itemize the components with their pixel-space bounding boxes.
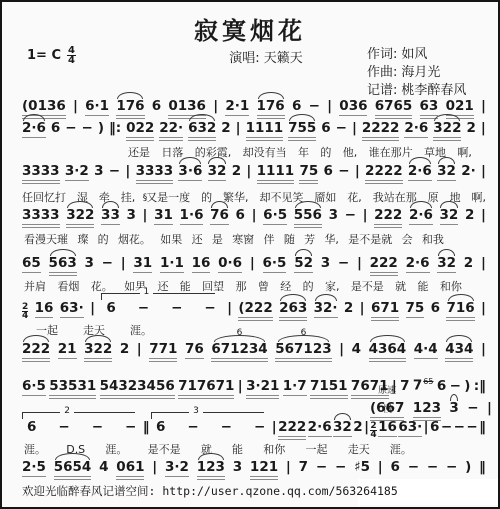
- note-token: 32: [437, 256, 456, 273]
- time-signature-digit: 4: [370, 431, 376, 439]
- note-token: 6·5: [22, 379, 46, 396]
- note-token: 6: [431, 301, 440, 316]
- lyric-word: 和你: [263, 441, 285, 457]
- note-token: 322: [66, 208, 94, 228]
- lyric-word: 却没有当: [243, 144, 287, 160]
- note-token: 176: [257, 99, 285, 119]
- note-token: 563: [49, 256, 77, 276]
- barline: |§: [143, 208, 148, 223]
- note-token: −: [454, 420, 465, 435]
- note-token: 6: [152, 99, 161, 114]
- note-token: 263: [279, 301, 307, 321]
- lyric-word: 能: [180, 278, 191, 294]
- lyric-word: 曾: [258, 278, 269, 294]
- note-token: 6: [106, 301, 115, 316]
- notation-row: 33333·23−|33333·6322|1111756−|22222·6322…: [22, 164, 486, 184]
- barline: |: [481, 121, 486, 136]
- note-token: 6: [292, 99, 301, 114]
- barline: ‖:: [109, 121, 121, 136]
- note-token: 716: [446, 301, 474, 321]
- lyric-word: 能: [418, 278, 429, 294]
- note-token: 76: [185, 342, 204, 359]
- lyric-word: 花,: [347, 189, 362, 205]
- note-token: 717671: [178, 379, 234, 399]
- lyric-word: 家,: [325, 278, 340, 294]
- note-token: −: [338, 256, 349, 271]
- note-token: 65: [22, 256, 41, 273]
- note-token: −: [466, 420, 477, 435]
- barline: |: [481, 99, 486, 114]
- volta-number: 1: [140, 288, 154, 297]
- note-token: −: [58, 420, 69, 435]
- note-token: 1111: [246, 121, 284, 141]
- note-token: −: [467, 401, 478, 416]
- note-token: 32: [208, 164, 227, 181]
- note-token: 1111: [257, 164, 295, 184]
- notation-row: 6·55353154323456717671|3·211·771517671|7…: [22, 374, 486, 399]
- barline: |: [327, 99, 332, 114]
- singer-name: 天籁天: [264, 51, 303, 66]
- lyric-word: 和你: [440, 278, 462, 294]
- note-token: −: [138, 301, 149, 316]
- note-token: 2222: [362, 121, 400, 141]
- lyric-word: 又是一度: [146, 189, 190, 205]
- lyrics-row: 并肩看烟花。如果还能回望那曾经的家,是不是就能和你: [24, 278, 462, 294]
- note-token: −: [338, 164, 349, 179]
- note-token: 6·5: [263, 256, 287, 273]
- lyric-word: 那: [236, 278, 247, 294]
- note-token: ): [464, 379, 470, 394]
- tuplet-number: 6: [237, 329, 243, 338]
- time-signature-digit: 4: [22, 312, 28, 320]
- barline: |: [286, 460, 291, 475]
- note-token: 061: [116, 460, 144, 480]
- note-token: 32: [440, 208, 459, 225]
- note-token: 556: [294, 208, 322, 228]
- note-token: −: [204, 301, 215, 316]
- note-token: 755: [288, 121, 316, 141]
- note-token: 176: [116, 99, 144, 119]
- lyrics-row: 看漫天璀璨的烟花。如果还是寒窗伴随芳华,是不是就会和我: [24, 231, 444, 247]
- note-token: ♯5: [354, 460, 370, 475]
- note-token: 7: [299, 460, 308, 475]
- barline: |: [73, 99, 78, 114]
- note-token: 3·2: [65, 164, 89, 181]
- barline: |: [481, 301, 486, 316]
- note-token: ): [465, 460, 471, 475]
- note-token: 2·: [461, 164, 476, 179]
- barline: ‖: [479, 420, 486, 435]
- note-token: 2·6: [408, 164, 432, 181]
- volta-group: 6−−−2: [22, 420, 141, 435]
- barline: |: [481, 256, 486, 271]
- note-token: 2: [221, 121, 230, 136]
- note-token: 6: [437, 379, 446, 394]
- lyric-word: 一起: [305, 441, 327, 457]
- note-token: 671: [371, 301, 399, 321]
- note-token: 32·: [314, 301, 338, 318]
- note-token: 21: [58, 342, 77, 359]
- note-token: 123: [197, 460, 225, 480]
- barline: |: [125, 164, 130, 179]
- credits-block: 作词:如风 作曲:海月光 记谱:桃李醉春风: [367, 46, 470, 100]
- barline: |: [481, 342, 486, 357]
- lyric-word: 看漫天璀: [24, 231, 68, 247]
- note-token: 2: [353, 420, 362, 435]
- volta-number: 2: [60, 407, 74, 416]
- note-token: 1·6: [180, 208, 204, 225]
- note-token: 0·6: [218, 256, 242, 273]
- lyric-word: 还: [192, 231, 203, 247]
- note-token: 2: [466, 121, 475, 136]
- note-token: 3: [449, 401, 458, 416]
- note-token: 6: [236, 208, 245, 223]
- note-token: 16: [192, 256, 211, 273]
- lyric-word: 的: [201, 189, 212, 205]
- note-token: 6765: [375, 99, 413, 119]
- note-token: 2·1: [225, 99, 249, 116]
- note-token: 6·5: [263, 208, 287, 225]
- note-token: −: [316, 460, 327, 475]
- lyric-word: 和我: [422, 231, 444, 247]
- note-token: 52: [294, 256, 313, 273]
- note-token: −: [335, 460, 346, 475]
- note-token: 6: [156, 420, 165, 435]
- note-token: 3: [84, 256, 93, 271]
- lyric-word: 还: [157, 278, 168, 294]
- barline: |: [121, 256, 126, 271]
- note-token: 2: [464, 256, 473, 271]
- note-token: 6712346: [211, 342, 267, 362]
- note-token: 434: [445, 342, 473, 362]
- note-token: 2: [120, 342, 129, 357]
- time-signature-change: 24: [370, 422, 376, 439]
- note-token: 2222: [365, 164, 403, 184]
- barline: |: [364, 420, 369, 435]
- barline: |: [487, 401, 492, 416]
- lyric-word: 是: [212, 231, 223, 247]
- time-signature-change: 24: [22, 303, 28, 320]
- song-title: 寂寞烟花: [2, 11, 498, 46]
- note-token: −: [65, 121, 76, 136]
- note-token: −: [336, 121, 347, 136]
- note-token: 2·6: [406, 256, 430, 273]
- note-token: −: [92, 420, 103, 435]
- barline: ‖: [143, 420, 150, 435]
- lyric-word: 芳: [304, 231, 315, 247]
- note-token: 222: [22, 342, 50, 362]
- notation-row: (0136|6·117660136|2·11766−|036676563021|: [22, 99, 486, 119]
- barline: |: [227, 301, 232, 316]
- barline: |: [137, 342, 142, 357]
- note-token: −: [221, 420, 232, 435]
- notation-row: 655633−|311·1160·6|6·5523−|2222·6322|: [22, 256, 486, 276]
- note-token: 765: [413, 374, 434, 394]
- note-token: −: [187, 420, 198, 435]
- note-token: 123: [413, 401, 441, 421]
- note-token: 3: [321, 256, 330, 271]
- note-token: 6: [324, 164, 333, 179]
- lyric-word: 寒窗: [232, 231, 254, 247]
- note-token: −: [427, 460, 438, 475]
- note-token: 6·1: [85, 99, 109, 116]
- lyric-word: 回望: [202, 278, 224, 294]
- volta-group: 6−−−3: [151, 420, 270, 435]
- lyric-word: 走天: [348, 441, 370, 457]
- lyric-word: 经: [280, 278, 291, 294]
- note-token: 3: [94, 164, 103, 179]
- note-token: 76: [210, 208, 229, 225]
- lyric-word: 会: [402, 231, 413, 247]
- note-token: −: [450, 379, 461, 394]
- note-token: 036: [339, 99, 367, 116]
- barline: |: [355, 164, 360, 179]
- note-token: 7: [400, 379, 409, 394]
- note-token: 6: [27, 420, 36, 435]
- note-token: −: [408, 460, 419, 475]
- note-token: −: [102, 256, 113, 271]
- note-token: 121: [250, 460, 278, 480]
- note-token: 3333: [22, 164, 60, 184]
- barline: |: [363, 208, 368, 223]
- notation-row: 222213222|7717667123465671236|443644·443…: [22, 342, 486, 362]
- note-token: 2: [465, 208, 474, 223]
- lyric-word: 能: [232, 441, 243, 457]
- lyric-word: 烟花。: [118, 231, 151, 247]
- lyric-word: 挂,: [121, 189, 136, 205]
- note-token: 4: [99, 460, 108, 475]
- lyric-word: 是不是: [351, 278, 384, 294]
- barline: |: [352, 121, 357, 136]
- lyric-word: 璨: [77, 231, 88, 247]
- barline: |: [360, 301, 365, 316]
- notation-row: 6−−−2‖6−−−3|2222·6322|2416慢63·|6−−−‖: [22, 420, 486, 440]
- lyric-word: 华,: [324, 231, 339, 247]
- barline: ‖: [479, 460, 486, 475]
- note-token: 5654: [54, 460, 92, 480]
- lyric-word: 涯。: [130, 322, 152, 338]
- note-token: 3·21: [246, 379, 279, 399]
- note-token: 3333: [22, 208, 60, 228]
- note-token: −: [171, 301, 182, 316]
- note-token: −: [345, 208, 356, 223]
- lyric-word: 的: [320, 144, 331, 160]
- barline: |: [90, 301, 95, 316]
- note-token: 3: [126, 208, 135, 223]
- lyric-word: 啊,: [457, 144, 472, 160]
- tuplet-number: 6: [301, 329, 307, 338]
- lyric-word: 还是: [128, 144, 150, 160]
- lyric-word: 日落: [161, 144, 183, 160]
- note-token: 32: [437, 164, 456, 181]
- note-token: 5671236: [275, 342, 331, 362]
- barline: |: [238, 379, 243, 394]
- note-token: 6: [51, 121, 60, 136]
- lyric-word: 就: [395, 278, 406, 294]
- singer-label: 演唱:: [229, 51, 259, 66]
- lyric-word: 的: [98, 231, 109, 247]
- note-token: 3: [233, 460, 242, 475]
- note-token: 222: [370, 256, 398, 276]
- lyric-word: 花。: [91, 278, 113, 294]
- note-token: 6: [321, 121, 330, 136]
- note-token: 322: [84, 342, 112, 362]
- note-token: 75: [406, 301, 425, 318]
- barline: |: [246, 164, 251, 179]
- barline: |: [481, 164, 486, 179]
- note-token: 31: [154, 208, 173, 225]
- barline: |: [236, 121, 241, 136]
- lyric-word: 繁华,: [223, 189, 249, 205]
- barline: |: [152, 460, 157, 475]
- note-token: 1·7: [283, 379, 307, 396]
- note-token: −: [125, 420, 136, 435]
- barline: |: [252, 208, 257, 223]
- lyric-word: 啊,: [471, 189, 486, 205]
- note-token: 16: [35, 301, 54, 318]
- tempo-mark: 慢: [383, 406, 392, 415]
- volta-group: 6−−−1: [101, 301, 220, 316]
- note-token: 2·6: [22, 121, 46, 138]
- note-token: 2·6: [404, 121, 428, 138]
- lyric-word: 却不见笑: [259, 189, 303, 205]
- barline: |: [378, 460, 383, 475]
- barline: |: [481, 208, 486, 223]
- grace-notes: 65: [423, 377, 433, 386]
- composer-row: 作曲:海月光: [367, 64, 470, 82]
- lyric-word: 如果: [160, 231, 182, 247]
- note-token: 1·1: [160, 256, 184, 273]
- lyric-word: 他,: [343, 144, 358, 160]
- note-token: −: [309, 99, 320, 114]
- note-token: 222: [374, 208, 402, 228]
- note-token: 3: [329, 208, 338, 223]
- footer-line: 欢迎光临醉春风记谱空间: http://user.qzone.qq.com/56…: [22, 483, 398, 499]
- barline: |: [272, 420, 277, 435]
- note-token: 3·6: [178, 164, 202, 181]
- barline: :‖: [474, 379, 486, 394]
- lyric-word: 任回忆打: [22, 189, 66, 205]
- note-token: 63·: [60, 301, 84, 318]
- note-token: 771: [149, 342, 177, 362]
- note-token: 3333: [136, 164, 174, 184]
- notation-row: 241663·|6−−−1|(22226332·2|671756716|: [22, 301, 486, 321]
- lyric-word: 随: [284, 231, 295, 247]
- lyric-word: 年: [298, 144, 309, 160]
- footer-text: 欢迎光临醉春风记谱空间:: [22, 484, 155, 498]
- note-token: −: [82, 121, 93, 136]
- note-token: 75: [299, 164, 318, 184]
- note-token: 6: [391, 460, 400, 475]
- tempo-mark: §: [143, 194, 148, 203]
- note-token: 022: [126, 121, 154, 141]
- note-token: 4: [352, 342, 361, 357]
- note-token: 33: [101, 208, 120, 225]
- barline: |: [357, 256, 362, 271]
- note-token: 53531: [49, 379, 96, 399]
- note-token: 7151: [310, 379, 348, 399]
- note-token: 32: [333, 420, 352, 437]
- note-token: 6: [430, 420, 439, 435]
- note-token: −: [254, 420, 265, 435]
- footer-url: http://user.qzone.qq.com/563264185: [162, 484, 397, 498]
- barline: |: [213, 99, 218, 114]
- notation-row: 2·66−−)‖:02222·6322|11117556−|22222·6322…: [22, 121, 486, 141]
- note-token: 632: [188, 121, 216, 141]
- notation-row: 2·556544061|3·21233121|7−−♯5|6−−−)‖: [22, 460, 486, 480]
- note-token: −: [446, 460, 457, 475]
- lyric-word: 谁在那片: [369, 144, 413, 160]
- volta-number: 3: [189, 407, 203, 416]
- note-token: 54323456: [100, 379, 175, 399]
- lyric-word: 涯。: [105, 441, 127, 457]
- note-token: 2: [232, 164, 241, 179]
- note-token: 2·6: [308, 420, 332, 437]
- note-token: −: [109, 164, 120, 179]
- tempo-mark: 原速: [378, 387, 396, 396]
- notation-row: 3333322333|§311·6766|6·55563−|2222·6322|: [22, 208, 486, 228]
- lyric-word: 看烟: [57, 278, 79, 294]
- note-token: 2·6: [409, 208, 433, 225]
- note-token: 2·5: [22, 460, 46, 477]
- lyric-word: 的: [303, 278, 314, 294]
- note-token: ): [98, 121, 104, 136]
- barline: |: [424, 420, 429, 435]
- note-token: 16慢: [378, 420, 397, 437]
- lyric-word: 涯。: [24, 441, 46, 457]
- note-token: 31: [133, 256, 152, 273]
- lyric-word: 是不是: [148, 441, 181, 457]
- note-token: 22·: [159, 121, 183, 141]
- note-token: 63·: [398, 420, 422, 437]
- lyric-word: 我站在那: [373, 189, 417, 205]
- lyric-word: 伴: [264, 231, 275, 247]
- lyricist-row: 作词:如风: [367, 46, 470, 64]
- lyric-word: 是不是就: [348, 231, 392, 247]
- note-token: 3·2: [165, 460, 189, 477]
- lyric-word: 并肩: [24, 278, 46, 294]
- note-token: 2: [344, 301, 353, 316]
- note-token: 4·4: [414, 342, 438, 359]
- note-token: 4364: [369, 342, 407, 362]
- note-token: 322: [433, 121, 461, 141]
- note-token: −: [441, 420, 452, 435]
- music-sheet: 寂寞烟花 1= C 4 4 演唱: 天籁天 作词:如风 作曲:海月光 记谱:桃李…: [0, 0, 500, 509]
- note-token: 222: [278, 420, 306, 440]
- lyric-word: 涯。: [390, 441, 412, 457]
- barline: |: [339, 342, 344, 357]
- barline: |: [250, 256, 255, 271]
- note-token: (222: [238, 301, 272, 321]
